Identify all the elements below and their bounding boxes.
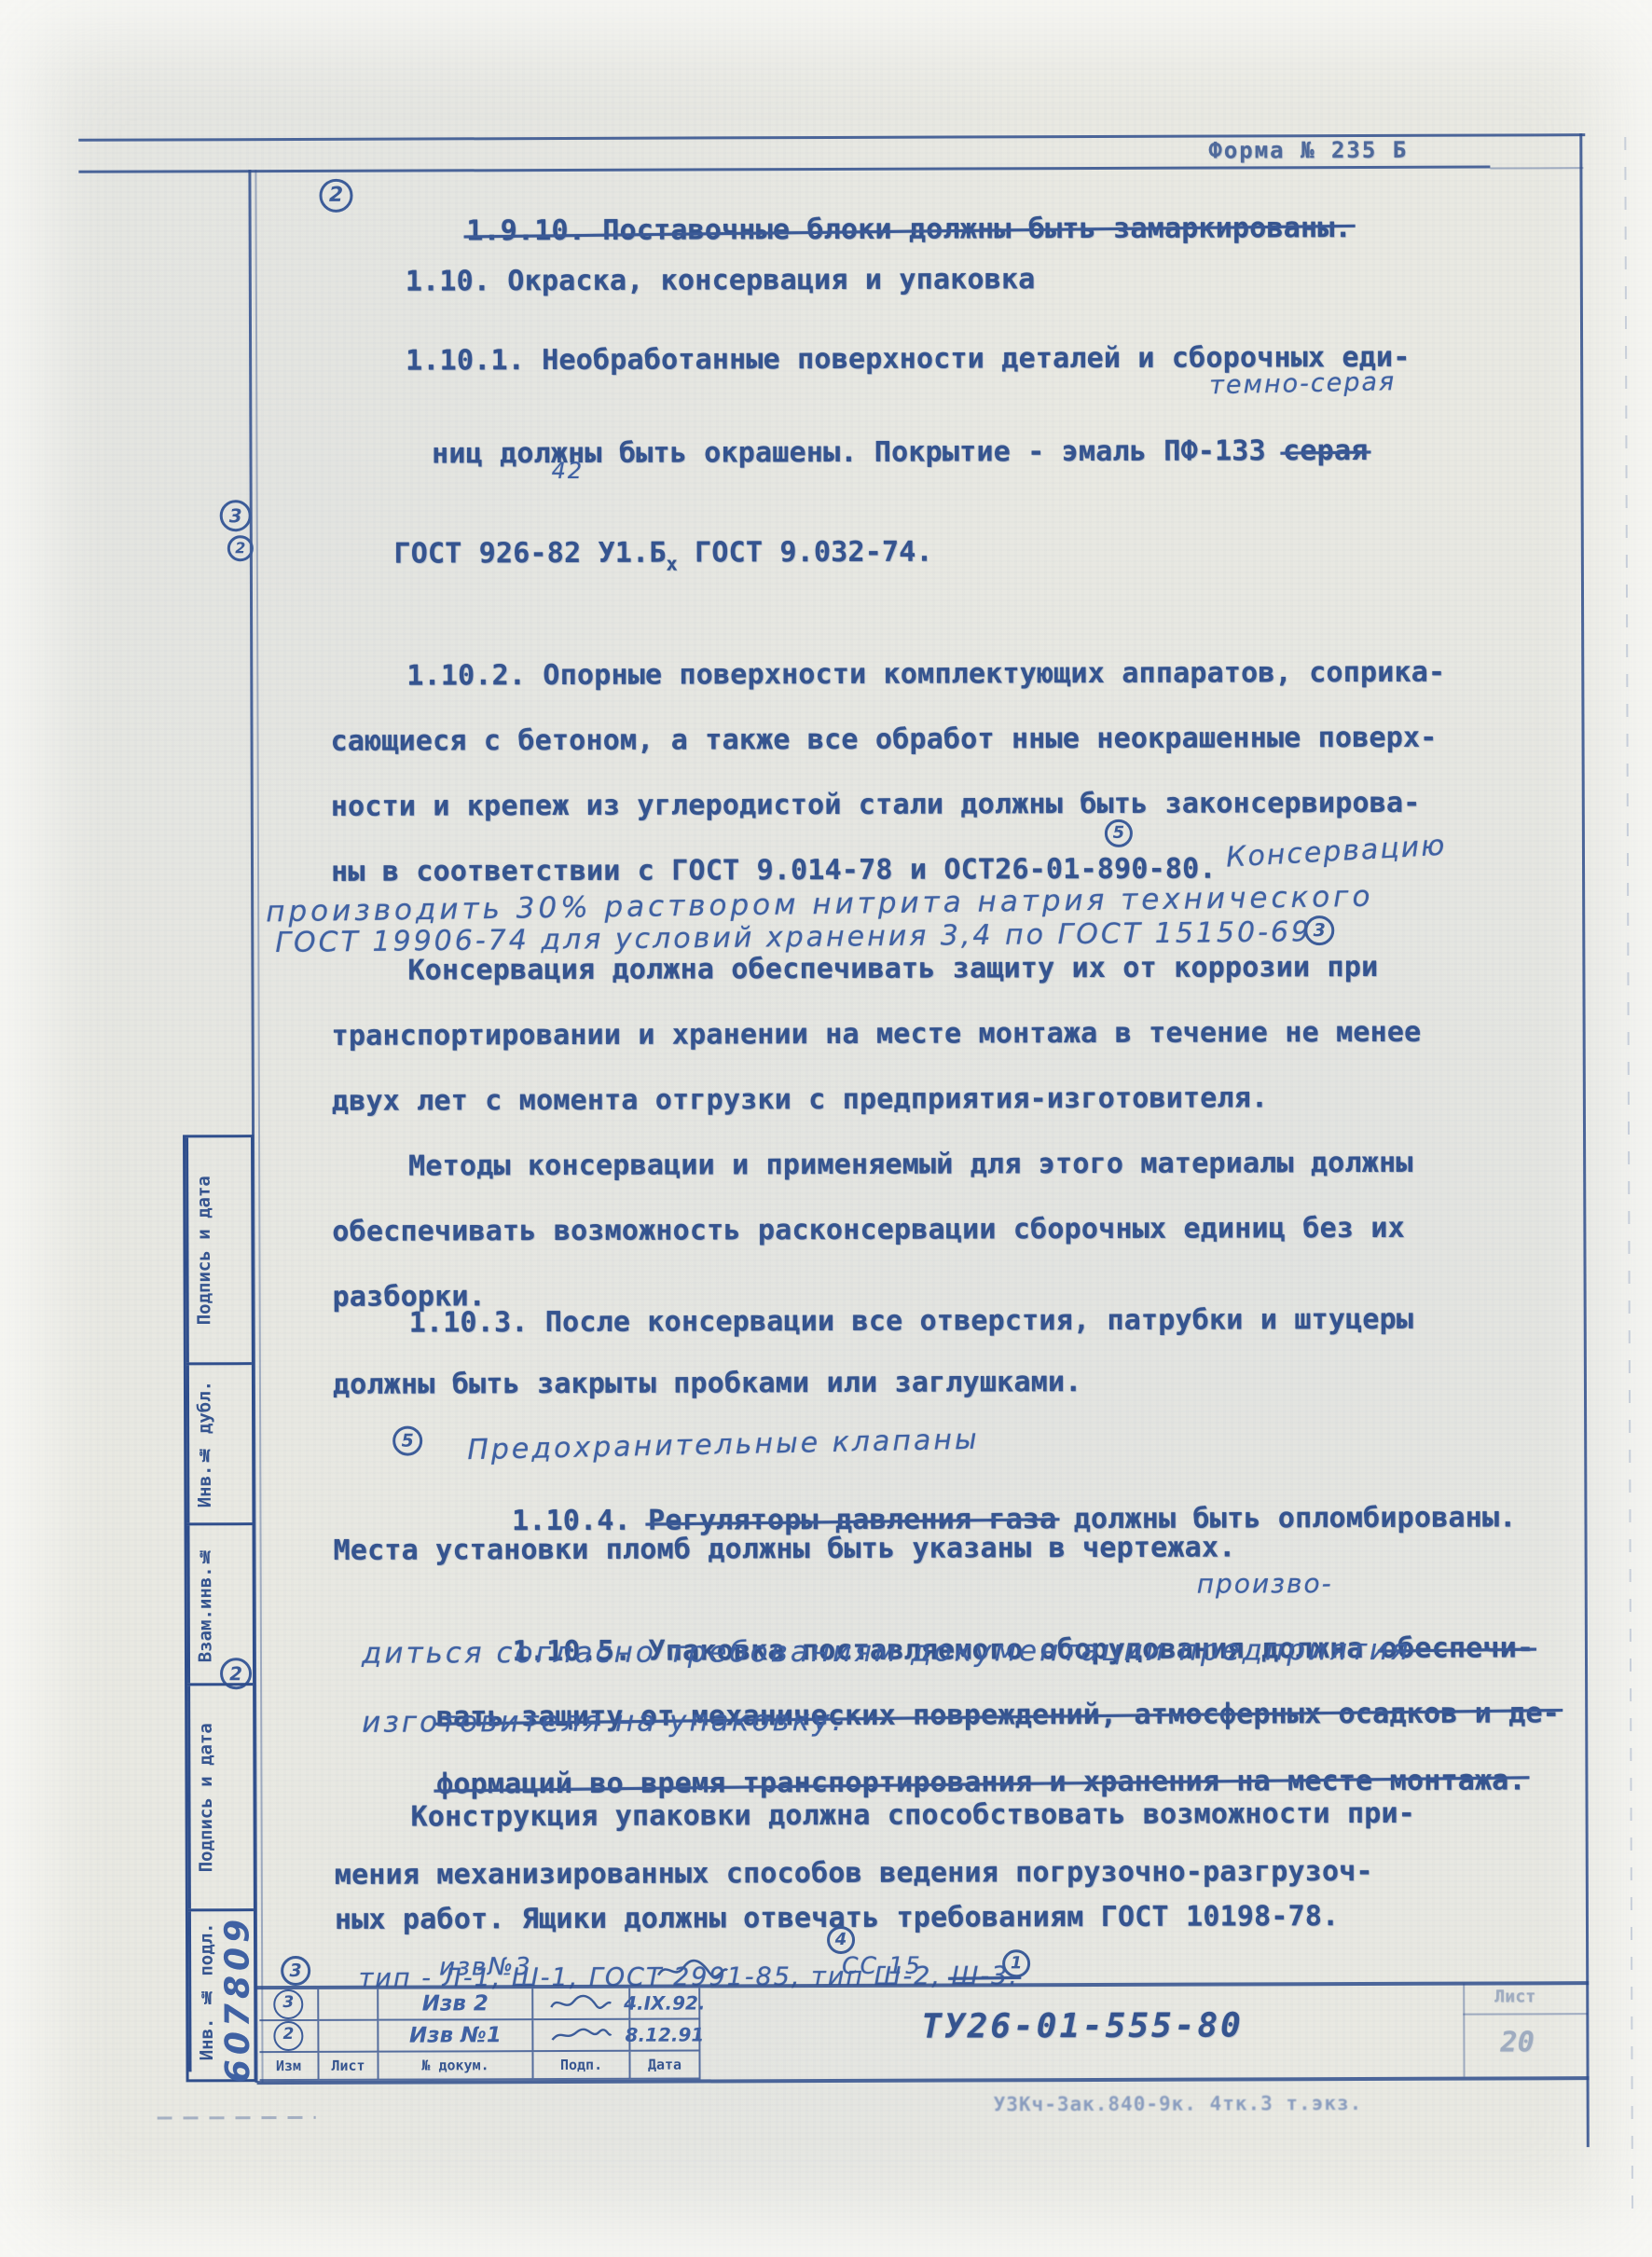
- scanned-document-page: Форма № 235 Б 2 1.9.10. Поставочные блок…: [0, 0, 1652, 2257]
- rev-row2-date: 8.12.91: [630, 2019, 700, 2051]
- sheet-label: Лист: [1494, 1987, 1535, 2006]
- sheet-box-line: [1463, 2013, 1588, 2015]
- handwritten-rev-doc: изв№3: [439, 1953, 532, 1981]
- rev-row2-doc: Изв №1: [379, 2020, 533, 2053]
- clause-1-10-3-line1: 1.10.3. После консервации все отверстия,…: [409, 1303, 1414, 1340]
- sidebar-cell-inv-dubl: Инв.№ дубл.: [186, 1365, 253, 1525]
- document-number: ТУ26-01-555-80: [921, 2006, 1244, 2045]
- margin-mark-circle: 2: [227, 535, 254, 561]
- paragraph-conservation-line2: транспортировании и хранении на месте мо…: [332, 1016, 1422, 1053]
- rev-row1-list: [319, 1989, 379, 2021]
- form-number-label: Форма № 235 Б: [1208, 137, 1408, 164]
- struck-text: 1.9.10. Поставочные блоки должны быть за…: [466, 212, 1352, 247]
- struck-word-gray: серая: [1283, 434, 1368, 467]
- sidebar-label: Подпись и дата: [187, 1686, 222, 1908]
- handwritten-dark-gray-correction: темно-серая: [1209, 367, 1397, 400]
- paragraph-construction-line1: Конструкция упаковки должна способствова…: [411, 1797, 1416, 1834]
- page-fold-dashes: [1624, 137, 1633, 2225]
- subscript: х: [667, 553, 678, 575]
- rev-row2-list: [319, 2021, 379, 2053]
- paragraph-methods-line1: Методы консервации и применяемый для это…: [408, 1147, 1413, 1183]
- frame-right-line: [1579, 133, 1590, 2147]
- handwritten-rev-date: СС-15: [842, 1952, 922, 1979]
- sidebar-label: Подпись и дата: [186, 1137, 220, 1362]
- rev-header-sign: Подп.: [533, 2052, 630, 2080]
- section-heading-1-10: 1.10. Окраска, консервация и упаковка: [406, 263, 1036, 297]
- print-stamp: УЗКч-Зак.840-9к. 4тк.3 т.экз.: [994, 2092, 1363, 2115]
- rev-row2-izm: 2: [259, 2021, 319, 2053]
- rev-row1-sign: [533, 1989, 630, 2020]
- typed-text: должны быть опломбированы.: [1056, 1501, 1516, 1535]
- sidebar-label: Инв. № подл.: [188, 1911, 223, 2071]
- sheet-box-line: [1463, 1984, 1465, 2077]
- clause-1-10-2-line1: 1.10.2. Опорные поверхности комплектующи…: [406, 656, 1445, 693]
- inventory-number: 607809: [219, 1919, 257, 2079]
- clause-1-10-4-line2: Места установки пломб должны быть указан…: [334, 1531, 1236, 1566]
- rev-row2-sign: [533, 2020, 630, 2052]
- top-rule-lower-cont: [1490, 167, 1583, 169]
- sidebar-cell-signature-date-1: Подпись и дата: [186, 1137, 252, 1365]
- margin-mark-circle: 3: [220, 500, 252, 531]
- clause-1-10-2-line3: ности и крепеж из углеродистой стали дол…: [331, 787, 1421, 823]
- sidebar-cell-vzam-inv: Взам.инв.№: [186, 1525, 253, 1686]
- signature-scribble: [655, 1958, 730, 1982]
- typed-text: ГОСТ 926-82 У1.Б: [393, 537, 666, 571]
- clause-1-10-1-line2: ниц должны быть окрашены. Покрытие - эма…: [329, 402, 1368, 503]
- struck-text: формаций во время транспортирования и хр…: [436, 1764, 1526, 1800]
- paragraph-conservation-line1: Консервация должна обеспечивать защиту и…: [407, 951, 1378, 987]
- top-rule-lower: [78, 166, 1490, 173]
- clause-1-10-3-line2: должны быть закрыты пробками или заглушк…: [333, 1366, 1082, 1401]
- handwritten-safety-valves: Предохранительные клапаны: [467, 1424, 980, 1467]
- typed-text: ГОСТ 9.032-74.: [678, 536, 933, 570]
- signature-scribble: [548, 1993, 613, 2014]
- sidebar-label: Инв.№ дубл.: [186, 1365, 221, 1522]
- paragraph-methods-line2: обеспечивать возможность расконсервации …: [332, 1212, 1405, 1248]
- rev-mark: 2: [273, 2021, 303, 2051]
- sidebar-label: Взам.инв.№: [186, 1525, 221, 1683]
- rev-row1-izm: 3: [259, 1989, 319, 2021]
- clause-1-10-2-line2: сающиеся с бетоном, а также все обработ …: [330, 722, 1437, 758]
- revision-mark-circle: 1: [1002, 1949, 1030, 1977]
- rev-row1-date: 4.IX.92.: [630, 1988, 700, 2019]
- rev-header-doc: № докум.: [379, 2052, 533, 2081]
- rev-header-date: Дата: [630, 2051, 700, 2079]
- revision-mark-circle: 5: [1105, 819, 1133, 847]
- revision-mark-circle: 2: [319, 179, 352, 213]
- bottom-left-dashes: [158, 2116, 316, 2120]
- handwritten-42: 42: [551, 458, 584, 484]
- revision-mark-circle: 5: [392, 1426, 422, 1456]
- signature-scribble: [548, 2025, 613, 2045]
- rev-header-list: Лист: [319, 2053, 379, 2081]
- sidebar-cell-signature-date-2: Подпись и дата: [187, 1686, 254, 1911]
- rev-row1-doc: Изв 2: [379, 1989, 533, 2021]
- revision-mark-circle: 3: [281, 1956, 310, 1986]
- rev-header-izm: Изм: [259, 2053, 319, 2081]
- gost-paint-line: ГОСТ 926-82 У1.Бх ГОСТ 9.032-74.: [292, 503, 933, 609]
- handwritten-conservation-1: Консервацию: [1225, 830, 1447, 874]
- paragraph-construction-line2: мения механизированных способов ведения …: [335, 1855, 1373, 1892]
- revision-mark-circle: 3: [1304, 915, 1334, 945]
- revision-mark-circle: 4: [827, 1926, 855, 1954]
- rev-mark: 3: [273, 1989, 303, 2019]
- handwritten-proizvo: произво-: [1197, 1568, 1333, 1600]
- revision-table: 3 Изв 2 4.IX.92. 2 Изв №1 8.12.91 Изм Ли…: [259, 1988, 700, 2081]
- paragraph-conservation-line3: двух лет с момента отгрузки с предприяти…: [332, 1081, 1269, 1118]
- sheet-number: 20: [1500, 2026, 1535, 2058]
